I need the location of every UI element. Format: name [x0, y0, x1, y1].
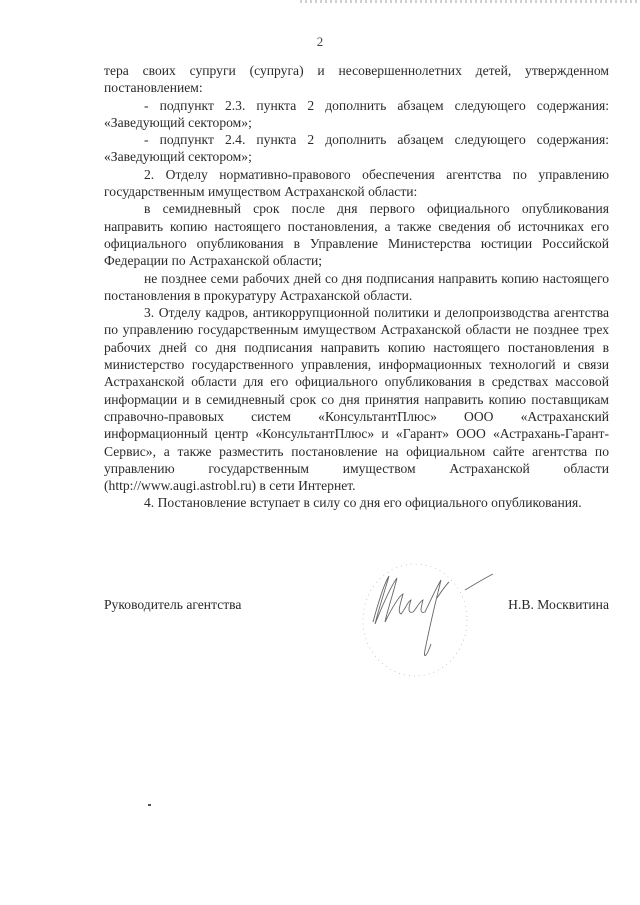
document-body: тера своих супруги (супруга) и несоверше… — [104, 62, 609, 512]
paragraph-continuation: тера своих супруги (супруга) и несоверше… — [104, 62, 609, 97]
paragraph-item-2-seven-days: в семидневный срок после дня первого офи… — [104, 200, 609, 269]
paragraph-subitem-2-4: - подпункт 2.4. пункта 2 дополнить абзац… — [104, 131, 609, 166]
signatory-name: Н.В. Москвитина — [508, 597, 609, 613]
handwritten-signature-icon — [345, 560, 515, 680]
page-number: 2 — [0, 34, 640, 50]
paragraph-subitem-2-3: - подпункт 2.3. пункта 2 дополнить абзац… — [104, 97, 609, 132]
paragraph-item-3: 3. Отделу кадров, антикоррупционной поли… — [104, 304, 609, 494]
scan-edge-artifact — [300, 0, 640, 3]
signatory-title: Руководитель агентства — [104, 597, 241, 613]
paragraph-item-2: 2. Отделу нормативно-правового обеспечен… — [104, 166, 609, 201]
paragraph-item-2-prosecutor: не позднее семи рабочих дней со дня подп… — [104, 270, 609, 305]
paragraph-item-4: 4. Постановление вступает в силу со дня … — [104, 494, 609, 511]
signature-block: Руководитель агентства Н.В. Москвитина — [104, 597, 609, 617]
scan-speck — [148, 804, 151, 806]
